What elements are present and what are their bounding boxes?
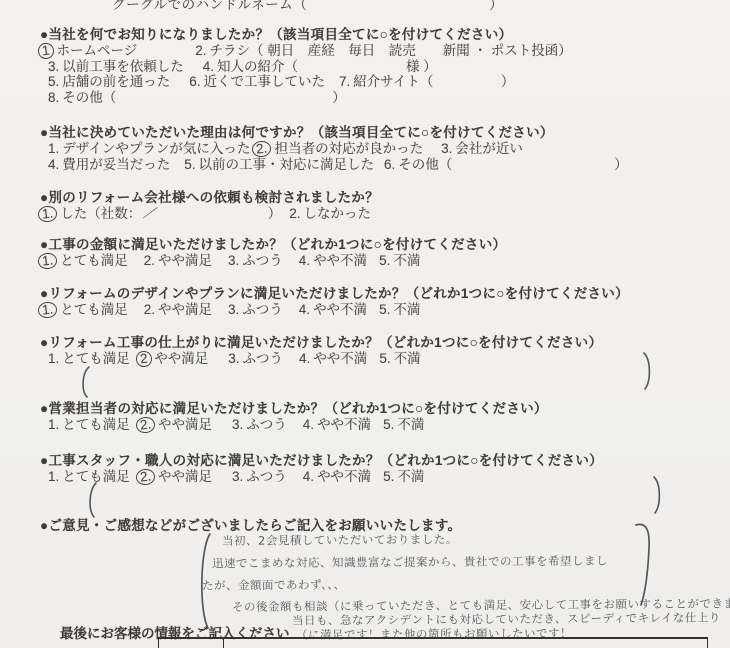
question-heading: ●当社に決めていただいた理由は何ですか？（該当項目全てに○を付けてください） bbox=[40, 125, 720, 141]
option-number: 3. bbox=[232, 469, 243, 484]
circled-option-number: 1. bbox=[37, 205, 58, 223]
option-item: 3.ふつう bbox=[228, 351, 283, 366]
option-number: 3. bbox=[228, 302, 239, 317]
option-line: 4.費用が妥当だった5.以前の工事・対応に満足した6.その他（ ） bbox=[40, 157, 720, 172]
circled-option-number: 1 bbox=[37, 42, 54, 60]
option-item: 8.その他（ ） bbox=[48, 90, 346, 105]
option-item: 6.その他（ ） bbox=[384, 157, 628, 172]
option-label: 不満 bbox=[394, 351, 421, 366]
question-heading: ●営業担当者の対応に満足いただけましたか？（どれか1つに○を付けてください） bbox=[40, 401, 720, 417]
option-number: 3. bbox=[48, 59, 59, 74]
option-label: ふつう bbox=[242, 302, 283, 317]
option-label: 不満 bbox=[393, 302, 420, 317]
option-label: ふつう bbox=[243, 351, 284, 366]
option-item: 2.やや満足 bbox=[138, 469, 212, 485]
option-item: 7.紹介サイト（ ） bbox=[339, 74, 514, 89]
handwritten-mark: ／ bbox=[142, 206, 159, 223]
option-item: 1.とても満足 bbox=[48, 417, 130, 432]
option-label: チラシ（ 朝日 産経 毎日 読売 新聞 ・ ポスト投函） bbox=[210, 43, 572, 58]
option-label: やや不満 bbox=[317, 469, 371, 484]
question-heading: ●リフォームのデザインやプランに満足いただけましたか？（どれか1つに○を付けてく… bbox=[40, 286, 720, 302]
option-label: とても満足 bbox=[60, 253, 128, 268]
option-number: 2. bbox=[289, 206, 300, 221]
option-number: 6. bbox=[384, 157, 395, 172]
option-item: 5.不満 bbox=[383, 417, 424, 432]
option-line: 1.とても満足2.やや満足3.ふつう4.やや不満5.不満 bbox=[40, 417, 720, 433]
option-number: 3. bbox=[441, 141, 452, 156]
option-number: 2. bbox=[144, 253, 155, 268]
option-label: やや不満 bbox=[313, 253, 367, 268]
option-label: やや満足 bbox=[154, 351, 208, 366]
option-label: とても満足 bbox=[62, 417, 130, 432]
option-number: 2. bbox=[195, 43, 206, 58]
option-item: 1.とても満足 bbox=[40, 302, 128, 318]
circled-option-number: 2 bbox=[135, 350, 152, 368]
option-label: ふつう bbox=[246, 417, 287, 432]
option-label: やや満足 bbox=[158, 469, 212, 484]
option-item: 5.不満 bbox=[379, 253, 420, 268]
circled-option-number: 1. bbox=[37, 301, 58, 319]
option-item: 2.やや満足 bbox=[144, 302, 212, 317]
option-number: 5. bbox=[379, 351, 390, 366]
option-label: 会社が近い bbox=[455, 141, 523, 156]
option-line: 1.とても満足2やや満足3.ふつう4.やや不満5.不満 bbox=[40, 351, 720, 367]
option-label: やや満足 bbox=[158, 253, 212, 268]
handwritten-open-bracket bbox=[85, 482, 97, 518]
option-item: 4.やや不満 bbox=[303, 417, 371, 432]
option-number: 4. bbox=[299, 253, 310, 268]
question-staff-satisfaction: ●工事スタッフ・職人の対応に満足いただけましたか？（どれか1つに○を付けてくださ… bbox=[40, 453, 720, 519]
circled-option-number: 2. bbox=[135, 468, 156, 486]
handwritten-big-close-bracket bbox=[634, 522, 654, 606]
option-label: 担当者の対応が良かった bbox=[275, 141, 424, 156]
option-number: 4. bbox=[48, 157, 59, 172]
option-number: 4. bbox=[203, 59, 214, 74]
option-line: 1.とても満足2.やや満足3.ふつう4.やや不満5.不満 bbox=[40, 253, 720, 269]
option-item: 3.会社が近い bbox=[441, 141, 523, 156]
option-item: 5.以前の工事・対応に満足した bbox=[184, 157, 374, 172]
option-label: 不満 bbox=[397, 417, 424, 432]
option-label: ） bbox=[160, 206, 282, 221]
option-item: 5.店舗の前を通った bbox=[48, 74, 170, 89]
question-heading: ●工事スタッフ・職人の対応に満足いただけましたか？（どれか1つに○を付けてくださ… bbox=[40, 453, 720, 469]
circled-option-number: 2. bbox=[252, 140, 273, 158]
option-item: 2やや満足 bbox=[138, 351, 209, 367]
option-label: 店舗の前を通った bbox=[62, 74, 170, 89]
option-label: とても満足 bbox=[60, 302, 128, 317]
option-label: 不満 bbox=[393, 253, 420, 268]
option-item: 1.デザインやプランが気に入った bbox=[48, 141, 250, 156]
option-item: 1.とても満足 bbox=[48, 351, 130, 366]
option-number: 4. bbox=[303, 469, 314, 484]
option-item: 4.やや不満 bbox=[299, 351, 367, 366]
option-label: やや満足 bbox=[158, 302, 212, 317]
option-label: 以前の工事・対応に満足した bbox=[199, 157, 375, 172]
option-item: 3.ふつう bbox=[232, 469, 287, 484]
option-item: 2.しなかった bbox=[289, 206, 371, 221]
option-label: その他（ ） bbox=[398, 157, 628, 172]
handwritten-comment-line: たが、金額面であわず、、、 bbox=[202, 576, 346, 593]
option-number: 5. bbox=[379, 302, 390, 317]
option-line: 1.とても満足2.やや満足3.ふつう4.やや不満5.不満 bbox=[40, 302, 720, 318]
handwritten-comment-line: 当初、2会見積していただいておりました。 bbox=[222, 531, 458, 549]
option-line: 1.デザインやプランが気に入った2.担当者の対応が良かった3.会社が近い bbox=[40, 141, 720, 157]
option-item: 3.以前工事を依頼した bbox=[48, 59, 184, 74]
question-design-satisfaction: ●リフォームのデザインやプランに満足いただけましたか？（どれか1つに○を付けてく… bbox=[40, 286, 720, 318]
question-how-did-you-know: ●当社を何でお知りになりましたか？（該当項目全てに○を付けてください） 1ホーム… bbox=[40, 27, 720, 105]
option-label: した（社数： bbox=[60, 206, 141, 221]
option-number: 4. bbox=[299, 302, 310, 317]
option-number: 5. bbox=[383, 469, 394, 484]
option-line: 1.した（社数：／ ）2.しなかった bbox=[40, 206, 720, 222]
circled-option-number: 1. bbox=[37, 252, 58, 270]
option-number: 8. bbox=[48, 90, 59, 105]
question-heading: ●別のリフォーム会社様への依頼も検討されましたか？ bbox=[40, 190, 720, 206]
option-item: 2.チラシ（ 朝日 産経 毎日 読売 新聞 ・ ポスト投函） bbox=[195, 43, 572, 58]
option-number: 5. bbox=[379, 253, 390, 268]
option-item: 1.とても満足 bbox=[40, 253, 128, 269]
option-item: 3.ふつう bbox=[228, 253, 283, 268]
option-item: 5.不満 bbox=[379, 351, 420, 366]
question-reason-chose-us: ●当社に決めていただいた理由は何ですか？（該当項目全てに○を付けてください） 1… bbox=[40, 125, 720, 172]
question-price-satisfaction: ●工事の金額に満足いただけましたか？（どれか1つに○を付けてください） 1.とて… bbox=[40, 237, 720, 269]
option-item: 5.不満 bbox=[379, 302, 420, 317]
option-label: 不満 bbox=[397, 469, 424, 484]
option-number: 4. bbox=[299, 351, 310, 366]
option-label: デザインやプランが気に入った bbox=[62, 141, 250, 156]
option-item: 3.ふつう bbox=[228, 302, 283, 317]
option-item: 4.やや不満 bbox=[299, 253, 367, 268]
option-label: その他（ ） bbox=[62, 90, 346, 105]
option-number: 7. bbox=[339, 74, 350, 89]
option-number: 5. bbox=[383, 417, 394, 432]
option-item: 1.した（社数： bbox=[40, 206, 141, 222]
option-label: やや不満 bbox=[313, 302, 367, 317]
option-item: 2.やや満足 bbox=[138, 417, 212, 433]
scanned-survey-page: グーグルでのハンドルネーム（ ） ●当社を何でお知りになりましたか？（該当項目全… bbox=[0, 0, 730, 648]
option-line: 8.その他（ ） bbox=[40, 90, 720, 105]
option-item: 4.知人の紹介（ 様 ） bbox=[203, 59, 437, 74]
question-heading: ●工事の金額に満足いただけましたか？（どれか1つに○を付けてください） bbox=[40, 237, 720, 253]
option-label: しなかった bbox=[304, 206, 372, 221]
option-line: 1ホームページ2.チラシ（ 朝日 産経 毎日 読売 新聞 ・ ポスト投函） bbox=[40, 43, 720, 59]
option-item: 4.やや不満 bbox=[299, 302, 367, 317]
option-number: 1. bbox=[48, 469, 59, 484]
option-item: 2.担当者の対応が良かった bbox=[254, 141, 423, 157]
question-sales-rep-satisfaction: ●営業担当者の対応に満足いただけましたか？（どれか1つに○を付けてください） 1… bbox=[40, 401, 720, 433]
option-label: やや満足 bbox=[158, 417, 212, 432]
option-number: 3. bbox=[228, 351, 239, 366]
option-number: 5. bbox=[48, 74, 59, 89]
handwritten-close-bracket bbox=[642, 352, 654, 390]
option-label: ホームページ bbox=[57, 43, 138, 58]
option-label: 知人の紹介（ 様 ） bbox=[217, 59, 437, 74]
option-line: 3.以前工事を依頼した4.知人の紹介（ 様 ） bbox=[40, 59, 720, 74]
option-number: 3. bbox=[228, 253, 239, 268]
option-label: やや不満 bbox=[313, 351, 367, 366]
option-number: 1. bbox=[48, 417, 59, 432]
option-item: 6.近くで工事していた bbox=[189, 74, 325, 89]
handwritten-comment-line: 迅速でこまめな対応、知識豊富なご提案から、貴社での工事を希望しまし bbox=[212, 553, 608, 572]
handle-name-line: グーグルでのハンドルネーム（ ） bbox=[112, 0, 503, 13]
question-other-companies: ●別のリフォーム会社様への依頼も検討されましたか？ 1.した（社数：／ ）2.し… bbox=[40, 190, 720, 222]
question-finish-satisfaction: ●リフォーム工事の仕上がりに満足いただけましたか？（どれか1つに○を付けてくださ… bbox=[40, 335, 720, 401]
option-label: ふつう bbox=[242, 253, 283, 268]
option-number: 2. bbox=[144, 302, 155, 317]
option-item: 3.ふつう bbox=[232, 417, 287, 432]
table-column-divider bbox=[223, 639, 224, 648]
option-item: 1ホームページ bbox=[40, 43, 137, 59]
option-line: 5.店舗の前を通った6.近くで工事していた7.紹介サイト（ ） bbox=[40, 74, 720, 89]
handwritten-open-bracket bbox=[78, 366, 90, 398]
option-number: 4. bbox=[303, 417, 314, 432]
option-item: 5.不満 bbox=[383, 469, 424, 484]
option-item: 4.やや不満 bbox=[303, 469, 371, 484]
option-number: 1. bbox=[48, 351, 59, 366]
option-label: 近くで工事していた bbox=[204, 74, 326, 89]
option-label: とても満足 bbox=[62, 351, 130, 366]
option-label: ふつう bbox=[246, 469, 287, 484]
option-line: 1.とても満足2.やや満足3.ふつう4.やや不満5.不満 bbox=[40, 469, 720, 485]
option-number: 6. bbox=[189, 74, 200, 89]
option-label: 以前工事を依頼した bbox=[62, 59, 184, 74]
option-number: 5. bbox=[184, 157, 195, 172]
handwritten-close-bracket bbox=[652, 476, 664, 514]
circled-option-number: 2. bbox=[135, 416, 156, 434]
option-item: ） bbox=[160, 206, 282, 221]
question-heading: ●リフォーム工事の仕上がりに満足いただけましたか？（どれか1つに○を付けてくださ… bbox=[40, 335, 720, 351]
option-label: 費用が妥当だった bbox=[62, 157, 170, 172]
option-item: 2.やや満足 bbox=[144, 253, 212, 268]
option-item: 4.費用が妥当だった bbox=[48, 157, 170, 172]
option-label: 紹介サイト（ ） bbox=[353, 74, 514, 89]
customer-info-table bbox=[158, 637, 708, 648]
option-number: 3. bbox=[232, 417, 243, 432]
question-heading: ●当社を何でお知りになりましたか？（該当項目全てに○を付けてください） bbox=[40, 27, 720, 43]
option-number: 1. bbox=[48, 141, 59, 156]
option-label: やや不満 bbox=[317, 417, 371, 432]
